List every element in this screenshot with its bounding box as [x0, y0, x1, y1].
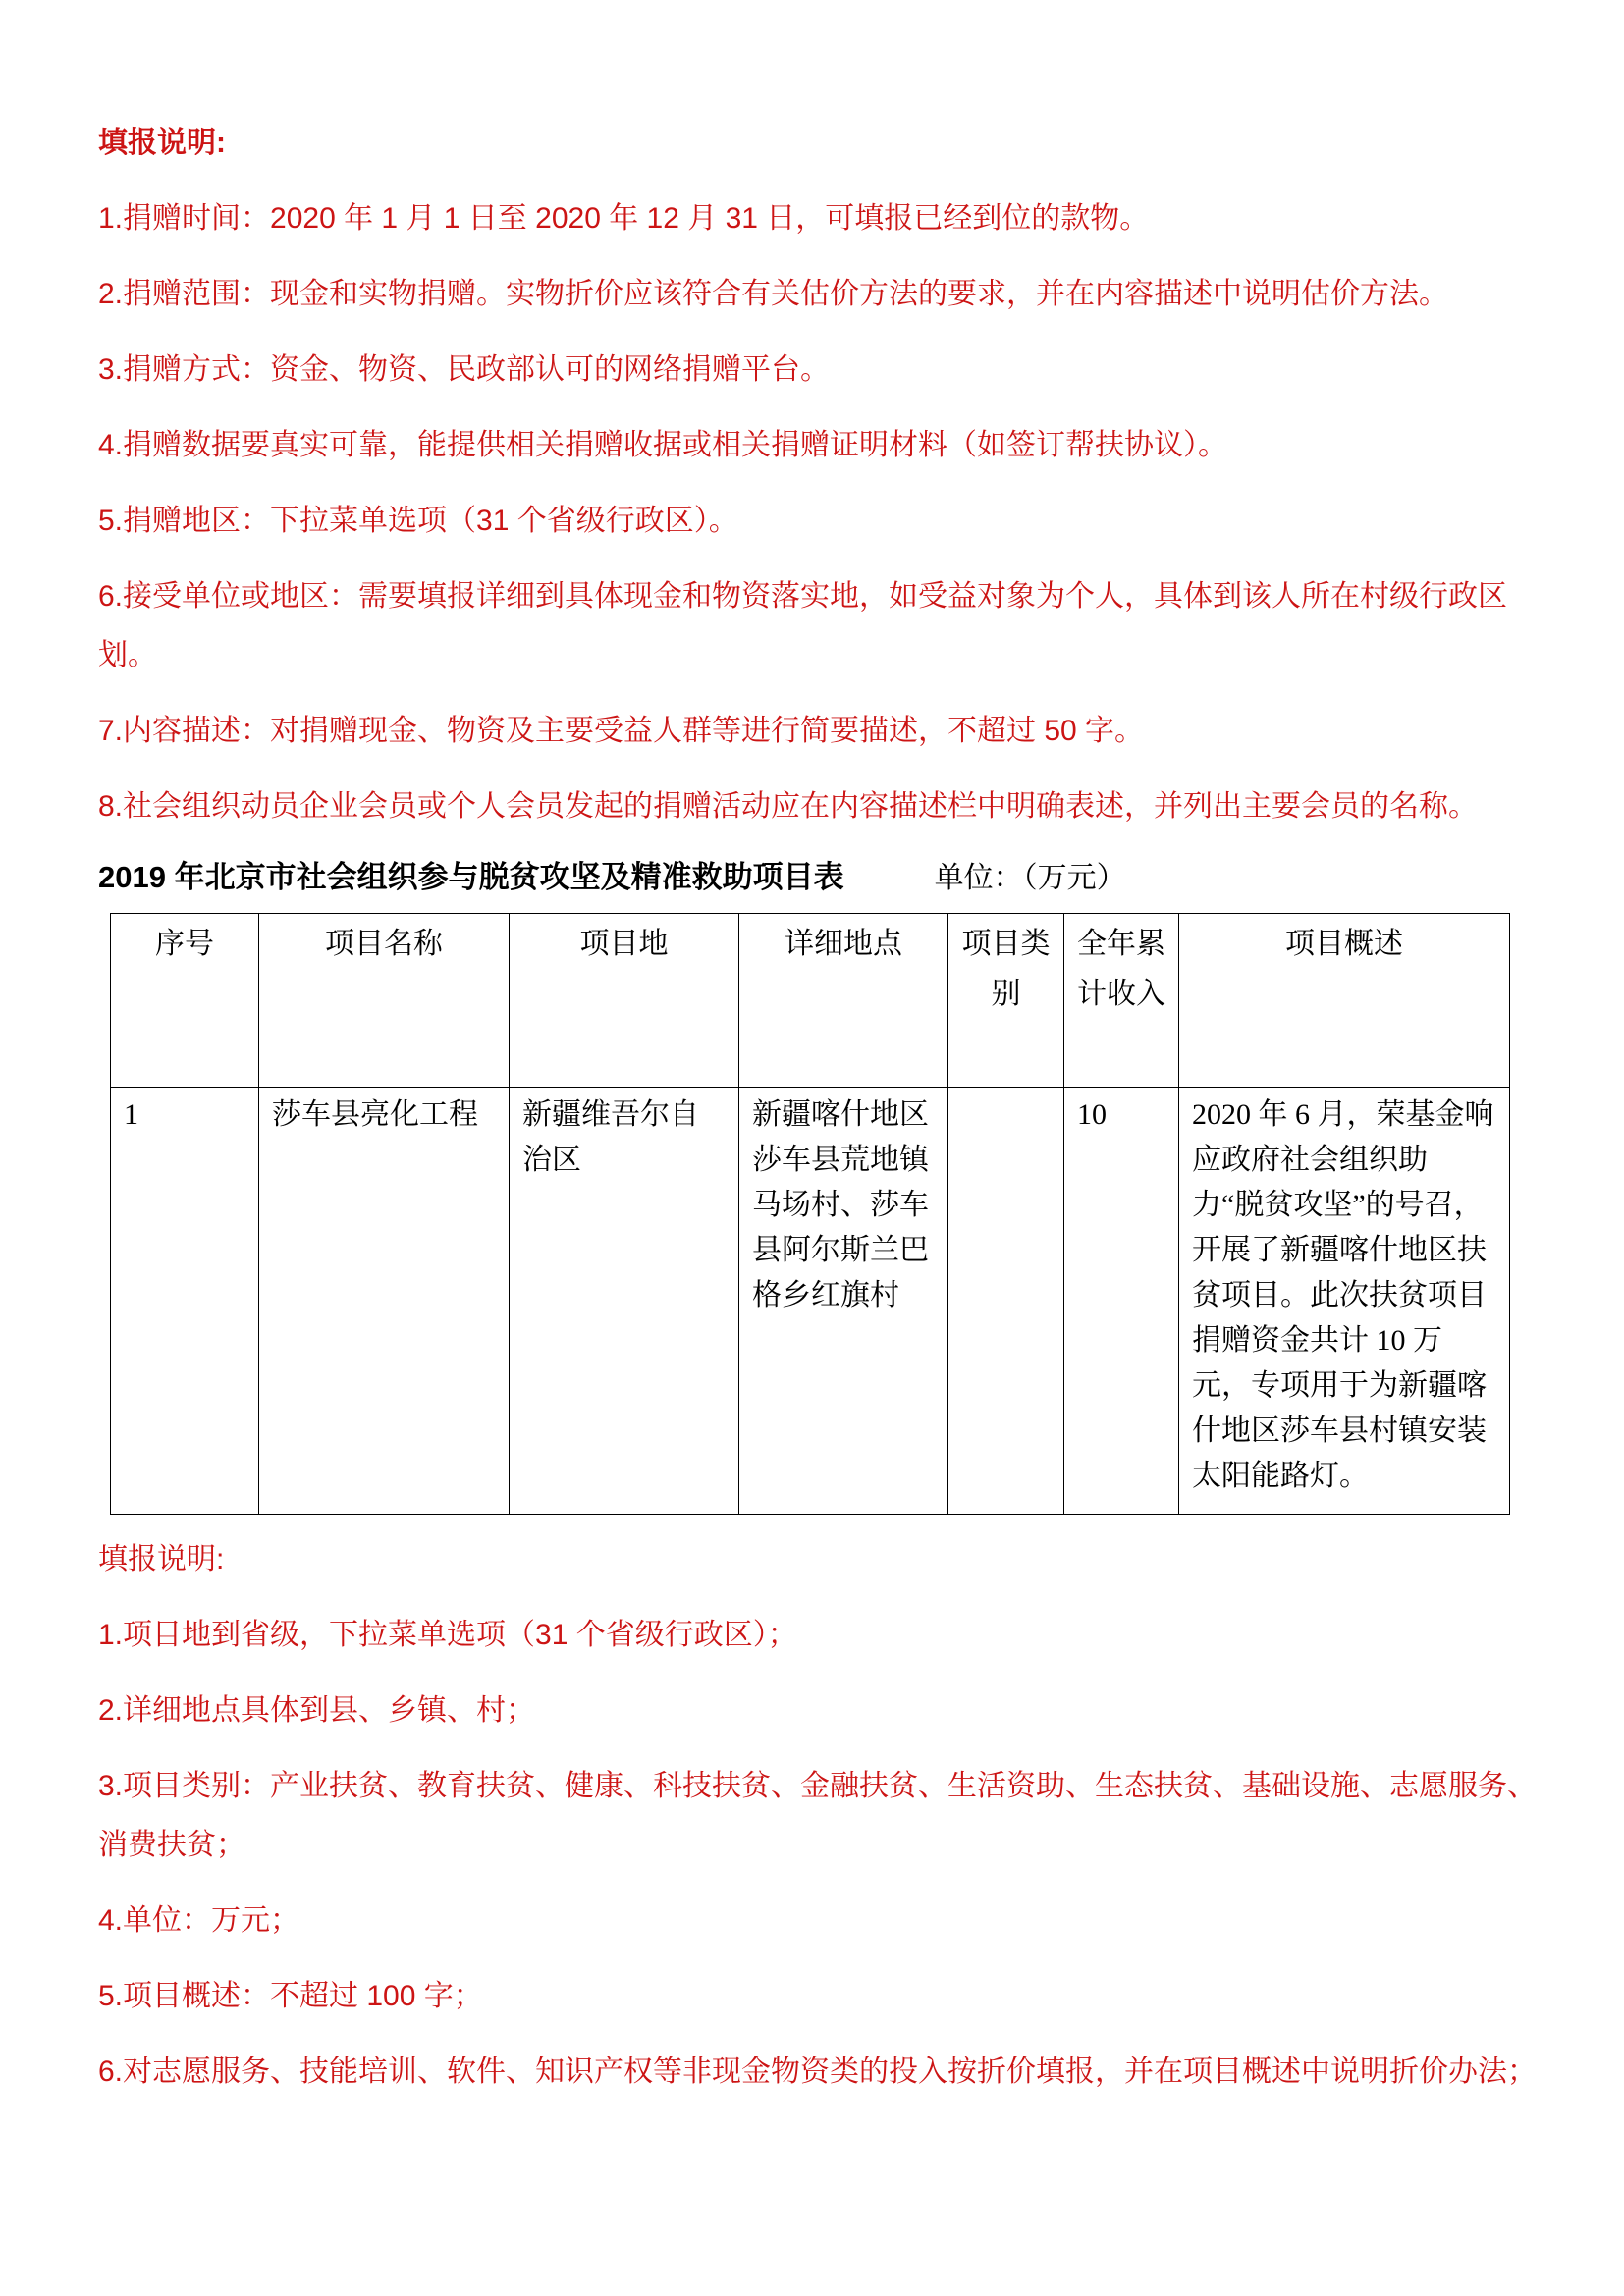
col-header-seq: 序号 [111, 914, 259, 1088]
cell-category [948, 1088, 1064, 1515]
header-row: 序号 项目名称 项目地 详细地点 项目类别 全年累计收入 项目概述 [111, 914, 1510, 1088]
col-header-category: 项目类别 [948, 914, 1064, 1088]
bottom-notes-heading: 填报说明: [98, 1530, 1545, 1589]
col-header-detail-location: 详细地点 [739, 914, 948, 1088]
table-row: 1 莎车县亮化工程 新疆维吾尔自治区 新疆喀什地区莎车县荒地镇马场村、莎车县阿尔… [111, 1088, 1510, 1515]
top-notes-heading: 填报说明: [98, 114, 1545, 173]
bottom-note-item-1: 1.项目地到省级，下拉菜单选项（31 个省级行政区）； [98, 1606, 1545, 1665]
bottom-note-item-4: 4.单位：万元； [98, 1892, 1545, 1950]
document-page: 填报说明: 1.捐赠时间：2020 年 1 月 1 日至 2020 年 12 月… [0, 0, 1624, 2296]
cell-detail-location: 新疆喀什地区莎车县荒地镇马场村、莎车县阿尔斯兰巴格乡红旗村 [739, 1088, 948, 1515]
top-note-item-1: 1.捐赠时间：2020 年 1 月 1 日至 2020 年 12 月 31 日，… [98, 189, 1545, 248]
bottom-note-item-6: 6.对志愿服务、技能培训、软件、知识产权等非现金物资类的投入按折价填报，并在项目… [98, 2043, 1545, 2102]
top-note-item-3: 3.捐赠方式：资金、物资、民政部认可的网络捐赠平台。 [98, 341, 1545, 400]
top-note-item-6: 6.接受单位或地区：需要填报详细到具体现金和物资落实地，如受益对象为个人，具体到… [98, 567, 1545, 685]
top-note-item-2: 2.捐赠范围：现金和实物捐赠。实物折价应该符合有关估价方法的要求，并在内容描述中… [98, 265, 1545, 324]
col-header-project-name: 项目名称 [259, 914, 510, 1088]
bottom-note-item-3: 3.项目类别：产业扶贫、教育扶贫、健康、科技扶贫、金融扶贫、生活资助、生态扶贫、… [98, 1757, 1545, 1875]
bottom-note-item-2: 2.详细地点具体到县、乡镇、村； [98, 1682, 1545, 1740]
top-note-item-4: 4.捐赠数据要真实可靠，能提供相关捐赠收据或相关捐赠证明材料（如签订帮扶协议）。 [98, 416, 1545, 475]
table-title-row: 2019 年北京市社会组织参与脱贫攻坚及精准救助项目表 单位：（万元） [98, 853, 1545, 899]
col-header-annual-income: 全年累计收入 [1064, 914, 1179, 1088]
cell-summary: 2020 年 6 月，荣基金响应政府社会组织助力“脱贫攻坚”的号召，开展了新疆喀… [1179, 1088, 1510, 1515]
table-unit-label: 单位：（万元） [935, 853, 1126, 896]
cell-project-name: 莎车县亮化工程 [259, 1088, 510, 1515]
project-table: 序号 项目名称 项目地 详细地点 项目类别 全年累计收入 项目概述 1 莎车县亮… [110, 913, 1510, 1515]
top-notes-section: 填报说明: 1.捐赠时间：2020 年 1 月 1 日至 2020 年 12 月… [98, 114, 1545, 836]
cell-project-location: 新疆维吾尔自治区 [510, 1088, 739, 1515]
cell-annual-income: 10 [1064, 1088, 1179, 1515]
col-header-summary: 项目概述 [1179, 914, 1510, 1088]
bottom-note-item-5: 5.项目概述：不超过 100 字； [98, 1967, 1545, 2026]
col-header-project-location: 项目地 [510, 914, 739, 1088]
top-note-item-5: 5.捐赠地区：下拉菜单选项（31 个省级行政区）。 [98, 492, 1545, 551]
table-title: 2019 年北京市社会组织参与脱贫攻坚及精准救助项目表 [98, 856, 844, 899]
cell-seq: 1 [111, 1088, 259, 1515]
top-note-item-7: 7.内容描述：对捐赠现金、物资及主要受益人群等进行简要描述，不超过 50 字。 [98, 702, 1545, 761]
bottom-notes-section: 填报说明: 1.项目地到省级，下拉菜单选项（31 个省级行政区）； 2.详细地点… [98, 1530, 1545, 2102]
top-note-item-8: 8.社会组织动员企业会员或个人会员发起的捐赠活动应在内容描述栏中明确表述，并列出… [98, 777, 1545, 836]
project-table-header: 序号 项目名称 项目地 详细地点 项目类别 全年累计收入 项目概述 [111, 914, 1510, 1088]
